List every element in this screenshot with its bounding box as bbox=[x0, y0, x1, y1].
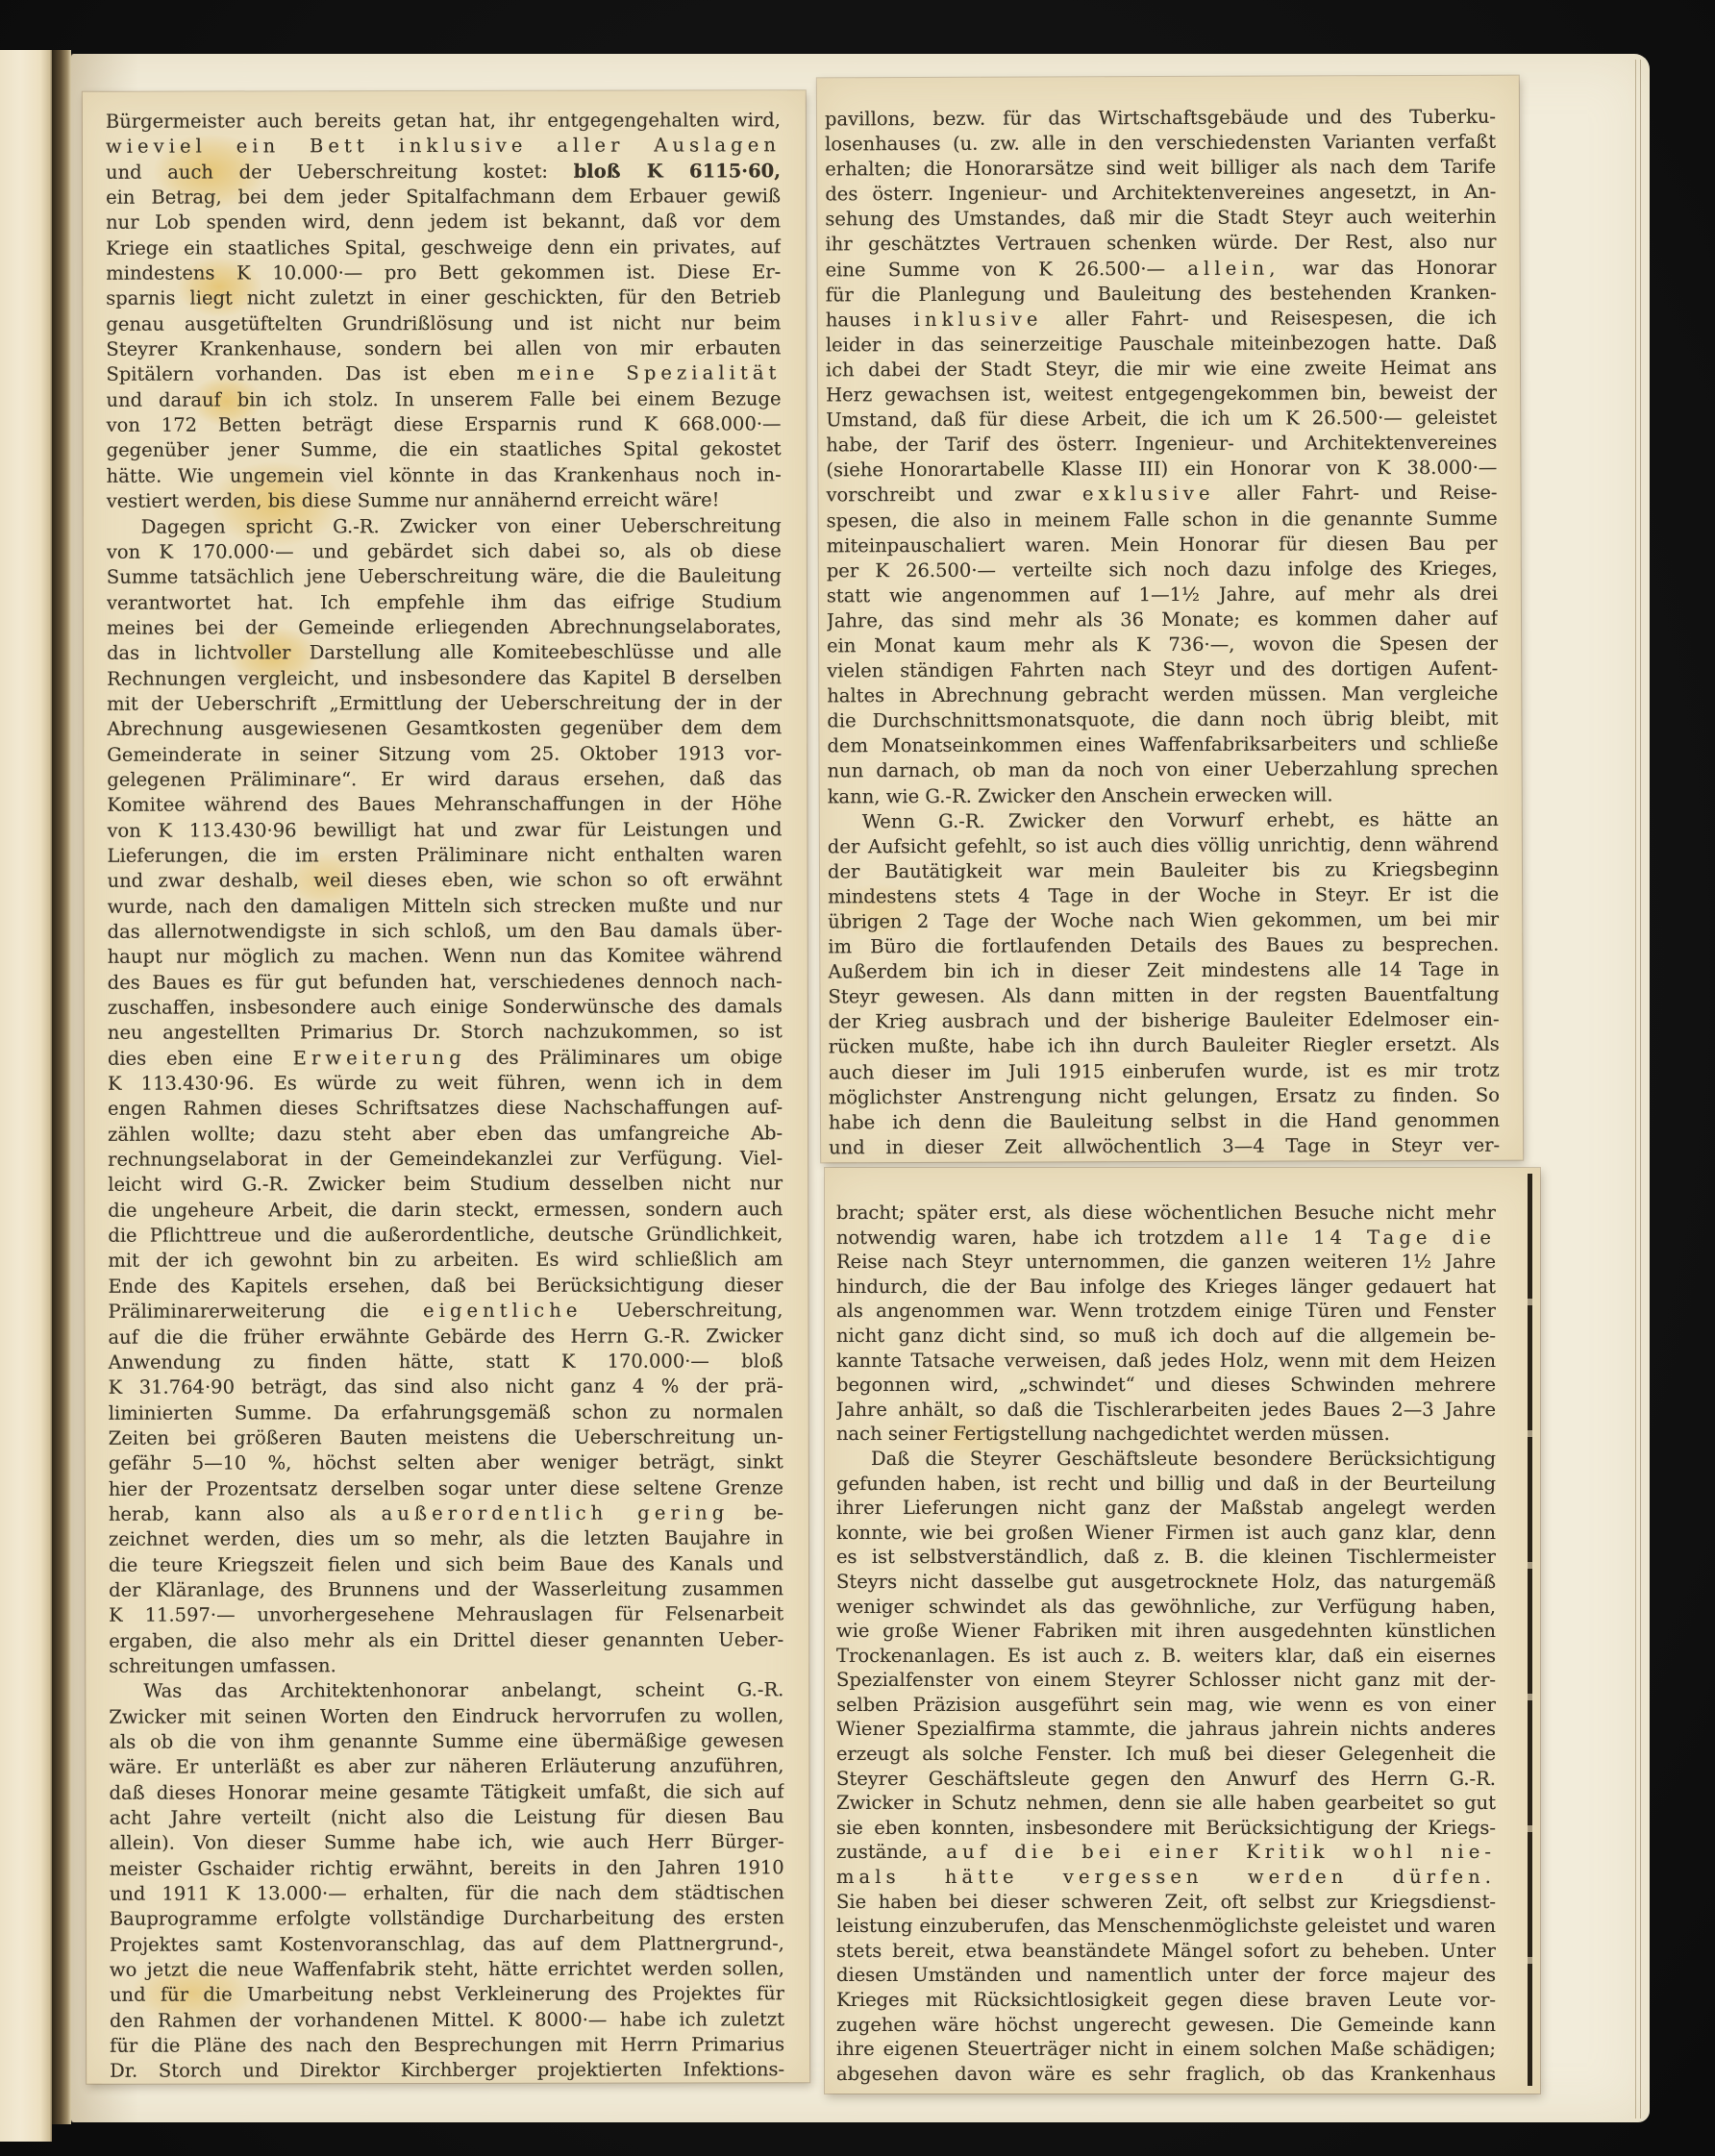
text-line: und auch der Ueberschreitung kostet: blo… bbox=[106, 159, 781, 186]
text-line: wieviel ein Bett inklusive aller Auslage… bbox=[106, 134, 781, 161]
text-line: Trockenanlagen. Es ist auch z. B. weiter… bbox=[836, 1644, 1496, 1669]
text-line: kann, wie G.-R. Zwicker den Anschein erw… bbox=[828, 781, 1499, 809]
text-line: Was das Architektenhonorar anbelangt, sc… bbox=[109, 1678, 783, 1705]
text-line: Umstand, daß für diese Arbeit, die ich u… bbox=[826, 406, 1497, 434]
text-line: die Pflichttreue und die außerordentlich… bbox=[108, 1222, 783, 1249]
text-line: Zwicker in Schutz nehmen, denn sie alle … bbox=[836, 1791, 1496, 1816]
text-line: als angenommen war. Wenn trotzdem einige… bbox=[836, 1299, 1496, 1324]
text-line: nun darnach, ob man da noch von einer Ue… bbox=[828, 756, 1499, 784]
text-line: als ob die von ihm genannte Summe eine ü… bbox=[109, 1728, 783, 1755]
text-line: schreitungen umfassen. bbox=[109, 1652, 783, 1679]
text-line: leicht wird G.-R. Zwicker beim Studium d… bbox=[108, 1172, 783, 1199]
paragraph: Bürgermeister auch bereits getan hat, ih… bbox=[106, 108, 782, 514]
paragraph: Was das Architektenhonorar anbelangt, sc… bbox=[109, 1678, 784, 2084]
album-page: Bürgermeister auch bereits getan hat, ih… bbox=[71, 54, 1650, 2122]
text-line: konnte, wie bei großen Wiener Firmen ist… bbox=[836, 1521, 1496, 1546]
text-line: von K 170.000·— und gebärdet sich dabei … bbox=[107, 538, 782, 565]
text-line: Bauprogramme erfolgte vollständige Durch… bbox=[110, 1906, 784, 1933]
text-line: miteinpauschaliert waren. Mein Honorar f… bbox=[827, 531, 1498, 558]
text-line: Dr. Storch und Direktor Kirchberger proj… bbox=[110, 2058, 784, 2084]
text-line: Gemeinderate in seiner Sitzung vom 25. O… bbox=[107, 741, 782, 768]
text-line: von K 113.430·96 bewilligt hat und zwar … bbox=[107, 817, 782, 844]
text-line: rücken mußte, habe ich ihn durch Bauleit… bbox=[829, 1032, 1500, 1060]
text-line: dem Monatseinkommen eines Waffenfabriksa… bbox=[827, 731, 1498, 759]
text-line: vorschreibt und zwar exklusive aller Fah… bbox=[826, 481, 1497, 508]
text-line: wäre. Er unterläßt es aber zur näheren E… bbox=[109, 1754, 783, 1781]
newspaper-clipping-right-lower: bracht; später erst, als diese wöchentli… bbox=[825, 1168, 1540, 2094]
text-line: Sie haben bei dieser schweren Zeit, oft … bbox=[836, 1890, 1496, 1915]
text-line: genau ausgetüftelten Grundrißlösung und … bbox=[106, 310, 781, 337]
text-line: und darauf bin ich stolz. In unserem Fal… bbox=[106, 386, 781, 413]
text-line: Außerdem bin ich in dieser Zeit mindeste… bbox=[828, 957, 1499, 985]
text-line: Wiener Spezialfirma stammte, die jahraus… bbox=[836, 1717, 1496, 1742]
text-line: übrigen 2 Tage der Woche nach Wien gekom… bbox=[828, 907, 1499, 935]
text-line: Rechnungen vergleicht, und insbesondere … bbox=[107, 665, 782, 692]
text-line: zeichnet werden, dies um so mehr, als di… bbox=[109, 1526, 783, 1553]
text-line: meines bei der Gemeinde erliegenden Abre… bbox=[107, 614, 782, 641]
text-line: mit der Ueberschrift „Ermittlung der Ueb… bbox=[107, 690, 782, 717]
text-line: Lieferungen, die im ersten Präliminare n… bbox=[107, 842, 782, 869]
newspaper-clipping-right-upper: pavillons, bezw. für das Wirtschaftsgebä… bbox=[817, 76, 1523, 1163]
text-line: und zwar deshalb, weil dieses eben, wie … bbox=[108, 868, 783, 895]
text-line: notwendig waren, habe ich trotzdem alle … bbox=[836, 1226, 1496, 1251]
text-line: sparnis liegt nicht zuletzt in einer ges… bbox=[106, 285, 781, 312]
text-line: zustände, auf die bei einer Kritik wohl … bbox=[836, 1840, 1496, 1865]
text-line: nach seiner Fertigstellung nachgedichtet… bbox=[836, 1422, 1496, 1447]
text-line: vielen ständigen Fahrten nach Steyr und … bbox=[827, 657, 1498, 684]
text-line: vestiert werden, bis diese Summe nur ann… bbox=[107, 487, 782, 514]
text-line: und 1911 K 13.000·— erhalten, für die na… bbox=[110, 1880, 784, 1907]
text-line: und in dieser Zeit allwöchentlich 3—4 Ta… bbox=[829, 1133, 1500, 1161]
text-line: meister Gschaider richtig erwähnt, berei… bbox=[110, 1855, 784, 1882]
text-line: mindestens K 10.000·— pro Bett gekommen … bbox=[106, 260, 781, 286]
text-line: der Krieg ausbrach und der bisherige Bau… bbox=[829, 1007, 1500, 1035]
text-line: wie große Wiener Fabriken mit ihren ausg… bbox=[836, 1619, 1496, 1644]
text-line: das allernotwendigste in sich schloß, um… bbox=[108, 918, 783, 945]
text-line: erhalten; die Honorarsätze sind weit bil… bbox=[825, 155, 1496, 183]
text-line: von 172 Betten beträgt diese Ersparnis r… bbox=[107, 411, 782, 438]
text-line: gegenüber jener Summe, die ein staatlich… bbox=[107, 437, 782, 464]
text-line: liminierten Summe. Da erfahrungsgemäß sc… bbox=[109, 1400, 783, 1426]
text-line: den Rahmen der vorhandenen Mittel. K 800… bbox=[110, 2007, 784, 2034]
text-line: mit der ich gewohnt bin zu arbeiten. Es … bbox=[108, 1248, 783, 1275]
text-line: Bürgermeister auch bereits getan hat, ih… bbox=[106, 108, 781, 135]
text-line: auch dieser im Juli 1915 einberufen wurd… bbox=[829, 1057, 1500, 1085]
text-line: Wenn G.-R. Zwicker den Vorwurf erhebt, e… bbox=[828, 806, 1499, 834]
text-line: Zeiten bei größeren Bauten meistens die … bbox=[109, 1425, 783, 1451]
text-line: Steyr gewesen. Als dann mitten in der re… bbox=[828, 982, 1499, 1010]
text-line: die ungeheure Arbeit, die darin steckt, … bbox=[108, 1197, 783, 1224]
text-line: hindurch, die der Bau infolge des Kriege… bbox=[836, 1275, 1496, 1300]
text-line: stets bereit, etwa beanständete Mängel s… bbox=[836, 1939, 1496, 1964]
text-line: abgesehen davon wäre es sehr fraglich, o… bbox=[836, 2062, 1496, 2087]
text-line: ergaben, die also mehr als ein Drittel d… bbox=[109, 1627, 783, 1654]
text-line: nicht ganz dicht sind, so muß ich doch a… bbox=[836, 1324, 1496, 1349]
text-line: Spezialfenster von einem Steyrer Schloss… bbox=[836, 1668, 1496, 1693]
text-line: Ende des Kapitels ersehen, daß bei Berüc… bbox=[108, 1273, 783, 1300]
paragraph: bracht; später erst, als diese wöchentli… bbox=[836, 1201, 1496, 1447]
text-line: statt wie angenommen auf 1—1½ Jahre, auf… bbox=[827, 581, 1498, 608]
right-lower-column-text: bracht; später erst, als diese wöchentli… bbox=[825, 1168, 1540, 2094]
text-line: Herz gewachsen ist, weitest entgegengeko… bbox=[826, 381, 1497, 409]
text-line: Reise nach Steyr unternommen, die ganzen… bbox=[836, 1250, 1496, 1275]
text-line: nur Lob spenden wird, denn jedem ist bek… bbox=[106, 210, 781, 236]
text-line: Jahre anhält, so daß die Tischlerarbeite… bbox=[836, 1398, 1496, 1423]
text-line: erzeugt als solche Fenster. Ich muß bei … bbox=[836, 1742, 1496, 1767]
text-line: Steyrs nicht dasselbe gut ausgetrocknete… bbox=[836, 1570, 1496, 1595]
text-line: K 113.430·96. Es würde zu weit führen, w… bbox=[108, 1070, 783, 1097]
text-line: neu angestellten Primarius Dr. Storch na… bbox=[108, 1020, 783, 1047]
text-line: verantwortet hat. Ich empfehle ihm das e… bbox=[107, 589, 782, 616]
text-line: begonnen wird, „schwindet“ und dieses Sc… bbox=[836, 1373, 1496, 1398]
text-line: die teure Kriegszeit fielen und sich bei… bbox=[109, 1551, 783, 1578]
text-line: Präliminarerweiterung die eigentliche Ue… bbox=[108, 1298, 783, 1325]
text-line: ihr geschätztes Vertrauen schenken würde… bbox=[825, 230, 1496, 258]
text-line: der Aufsicht gefehlt, so ist auch dies v… bbox=[828, 831, 1499, 859]
text-line: ein Betrag, bei dem jeder Spitalfachmann… bbox=[106, 184, 781, 211]
text-line: bracht; später erst, als diese wöchentli… bbox=[836, 1201, 1496, 1226]
text-line: pavillons, bezw. für das Wirtschaftsgebä… bbox=[825, 105, 1496, 133]
text-line: haltes in Abrechnung gebracht werden müs… bbox=[827, 681, 1498, 709]
paragraph: Dagegen spricht G.-R. Zwicker von einer … bbox=[107, 513, 784, 1679]
paragraph: Wenn G.-R. Zwicker den Vorwurf erhebt, e… bbox=[828, 806, 1500, 1160]
text-line: wo jetzt die neue Waffenfabrik steht, hä… bbox=[110, 1956, 784, 1983]
text-line: diesen Umständen und namentlich unter de… bbox=[836, 1963, 1496, 1988]
text-line: hätte. Wie ungemein viel könnte in das K… bbox=[107, 462, 782, 489]
text-line: gefunden haben, ist recht und billig und… bbox=[836, 1472, 1496, 1497]
text-line: sie eben konnten, insbesondere mit Berüc… bbox=[836, 1816, 1496, 1841]
text-line: Komitee während des Baues Mehranschaffun… bbox=[107, 792, 782, 819]
text-line: K 11.597·— unvorhergesehene Mehrauslagen… bbox=[109, 1602, 783, 1629]
text-line: Steyrer Krankenhause, sondern bei allen … bbox=[106, 335, 781, 362]
text-line: eine Summe von K 26.500·— allein, war da… bbox=[826, 255, 1497, 283]
text-line: hier der Prozentsatz derselben sogar unt… bbox=[109, 1475, 783, 1502]
text-line: losenhauses (u. zw. alle in den verschie… bbox=[825, 130, 1496, 158]
text-line: Anwendung zu finden hätte, statt K 170.0… bbox=[109, 1349, 783, 1375]
right-upper-column-text: pavillons, bezw. für das Wirtschaftsgebä… bbox=[817, 76, 1523, 1163]
text-line: Spitälern vorhanden. Das ist eben meine … bbox=[106, 361, 781, 388]
text-line: ich dabei der Stadt Steyr, die mir wie e… bbox=[826, 356, 1497, 384]
left-column-text: Bürgermeister auch bereits getan hat, ih… bbox=[83, 90, 809, 2084]
text-line: des Baues es für gut befunden hat, versc… bbox=[108, 969, 783, 996]
text-line: zählen wollte; dazu steht aber eben das … bbox=[108, 1121, 783, 1148]
text-line: engen Rahmen dieses Schriftsatzes diese … bbox=[108, 1096, 783, 1123]
text-line: im Büro die fortlaufenden Details des Ba… bbox=[828, 932, 1499, 960]
text-line: Dagegen spricht G.-R. Zwicker von einer … bbox=[107, 513, 782, 540]
text-line: (siehe Honorartabelle Klasse III) ein Ho… bbox=[826, 456, 1497, 483]
text-line: mindestens stets 4 Tage in der Woche in … bbox=[828, 882, 1499, 910]
text-line: es ist selbstverständlich, daß z. B. die… bbox=[836, 1545, 1496, 1570]
text-line: ihrer Lieferungen nicht ganz der Maßstab… bbox=[836, 1496, 1496, 1521]
text-line: rechnungselaborat in der Gemeindekanzlei… bbox=[108, 1146, 783, 1173]
text-line: zuschaffen, insbesondere auch einige Son… bbox=[108, 994, 783, 1021]
text-line: herab, kann also als außerordentlich ger… bbox=[109, 1500, 783, 1527]
text-line: und für die Umarbeitung nebst Verkleiner… bbox=[110, 1982, 784, 2009]
text-line: allein). Von dieser Summe habe ich, wie … bbox=[110, 1830, 784, 1857]
text-line: Krieges mit Rücksichtlosigkeit gegen die… bbox=[836, 1988, 1496, 2013]
text-line: Daß die Steyrer Geschäftsleute besondere… bbox=[836, 1447, 1496, 1472]
text-line: ein Monat kaum mehr als K 736·—, wovon d… bbox=[827, 632, 1498, 659]
text-line: Kriege ein staatliches Spital, geschweig… bbox=[106, 235, 781, 261]
newspaper-clipping-left-column: Bürgermeister auch bereits getan hat, ih… bbox=[83, 90, 809, 2084]
text-line: der Kläranlage, des Brunnens und der Was… bbox=[109, 1576, 783, 1603]
paragraph: pavillons, bezw. für das Wirtschaftsgebä… bbox=[825, 105, 1499, 809]
text-line: Summe tatsächlich jene Ueberschreitung w… bbox=[107, 563, 782, 590]
text-line: leistung einzuberufen, das Menschenmögli… bbox=[836, 1914, 1496, 1939]
text-line: haupt nur möglich zu machen. Wenn nun da… bbox=[108, 944, 783, 971]
text-line: dies eben eine Erweiterung des Prälimina… bbox=[108, 1045, 783, 1072]
text-line: gelegenen Präliminare“. Er wird daraus e… bbox=[107, 766, 782, 793]
text-line: der Bautätigkeit war mein Bauleiter bis … bbox=[828, 857, 1499, 885]
text-line: des österr. Ingenieur- und Architektenve… bbox=[825, 180, 1496, 208]
text-line: acht Jahre verteilt (nicht also die Leis… bbox=[110, 1804, 784, 1831]
text-line: per K 26.500·— verteilte sich noch dazu … bbox=[827, 556, 1498, 583]
text-line: habe, der Tarif des österr. Ingenieur- u… bbox=[826, 431, 1497, 458]
text-line: möglichster Anstrengung nicht gelungen, … bbox=[829, 1082, 1500, 1110]
text-line: spesen, die also in meinem Falle schon i… bbox=[827, 506, 1498, 533]
text-line: Steyrer Geschäftsleute gegen den Anwurf … bbox=[836, 1767, 1496, 1792]
text-line: das in lichtvoller Darstellung alle Komi… bbox=[107, 639, 782, 666]
paragraph: Daß die Steyrer Geschäftsleute besondere… bbox=[836, 1447, 1496, 2086]
text-line: sehung des Umstandes, daß mir die Stadt … bbox=[825, 205, 1496, 233]
text-line: für die Planlegung und Bauleitung des be… bbox=[826, 280, 1497, 308]
text-line: wurde, nach den damaligen Mitteln sich s… bbox=[108, 893, 783, 920]
text-line: zugehen wäre höchst ungerecht gewesen. D… bbox=[836, 2013, 1496, 2038]
page-gutter-shadow bbox=[52, 50, 71, 2124]
text-line: auf die die früher erwähnte Gebärde des … bbox=[109, 1324, 783, 1351]
text-line: selben Präzision ausgeführt sein mag, wi… bbox=[836, 1693, 1496, 1718]
text-line: hauses inklusive aller Fahrt- und Reises… bbox=[826, 305, 1497, 333]
text-line: ihre eigenen Steuerträger nicht in einem… bbox=[836, 2037, 1496, 2062]
text-line: gefähr 5—10 %, höchst selten aber wenige… bbox=[109, 1450, 783, 1476]
text-line: Jahre, das sind mehr als 36 Monate; es k… bbox=[827, 607, 1498, 634]
facing-page-edge bbox=[0, 50, 52, 2142]
text-line: Abrechnung ausgewiesenen Gesamtkosten ge… bbox=[107, 716, 782, 743]
text-line: mals hätte vergessen werden dürfen. bbox=[836, 1865, 1496, 1890]
text-line: K 31.764·90 beträgt, das sind also nicht… bbox=[109, 1374, 783, 1400]
text-line: für die Pläne des nach den Besprechungen… bbox=[110, 2032, 784, 2059]
text-line: kannte Tatsache verweisen, daß jedes Hol… bbox=[836, 1349, 1496, 1374]
text-line: habe ich denn die Bauleitung selbst in d… bbox=[829, 1107, 1500, 1135]
text-line: Zwicker mit seinen Worten den Eindruck h… bbox=[109, 1703, 783, 1730]
text-line: daß dieses Honorar meine gesamte Tätigke… bbox=[110, 1779, 784, 1806]
text-line: Projektes samt Kostenvoranschlag, das au… bbox=[110, 1931, 784, 1958]
text-line: die Durchschnittsmonatsquote, die dann n… bbox=[827, 706, 1498, 734]
text-line: weniger schwindet als das gewöhnliche, z… bbox=[836, 1595, 1496, 1620]
text-line: leider in das seinerzeitige Pauschale mi… bbox=[826, 331, 1497, 359]
